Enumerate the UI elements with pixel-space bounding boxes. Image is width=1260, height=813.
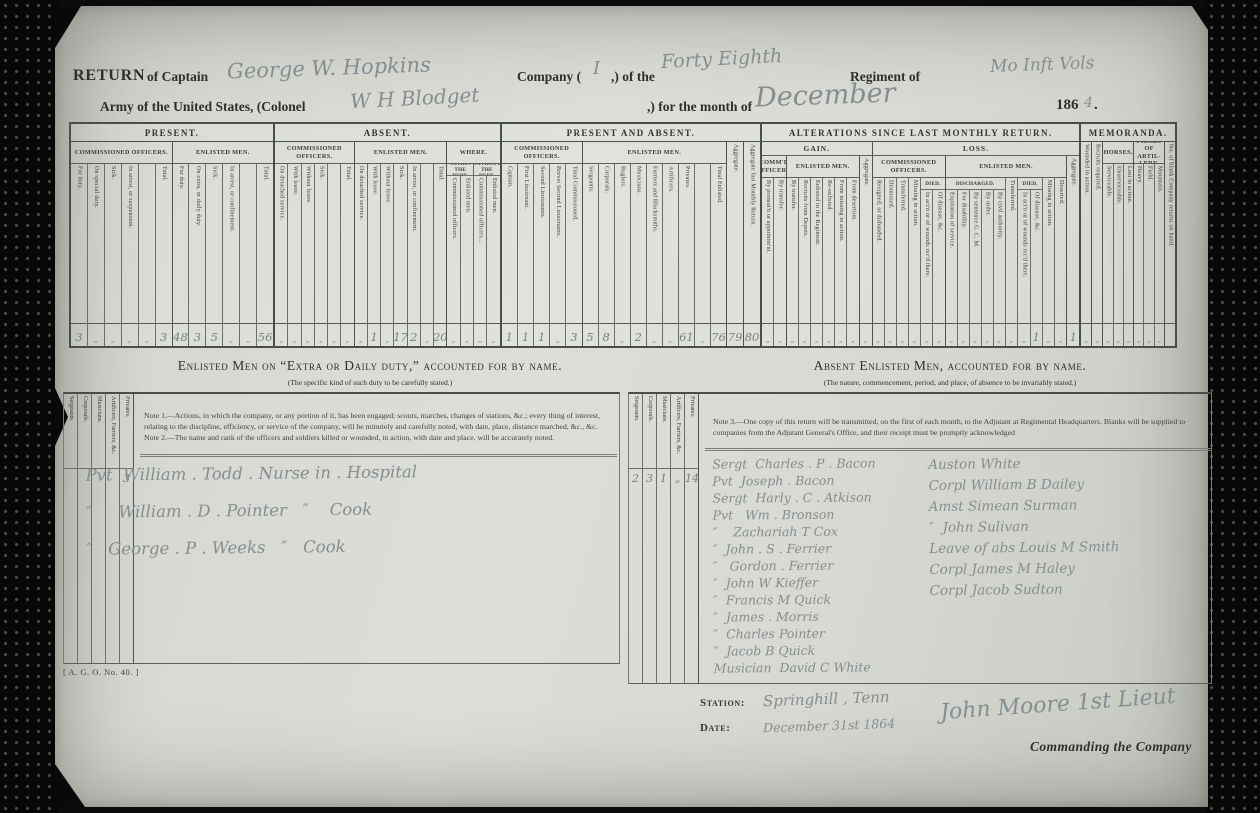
duty-section-title: Enlisted Men on “Extra or Daily duty,” a…	[135, 358, 605, 374]
column-label: For disability.	[958, 190, 969, 323]
muster-roll-table: PRESENT.Commissioned Officers.For duty.3…	[69, 122, 1177, 348]
column-run: Transferred.„	[1005, 178, 1018, 346]
column-label: By transfer.	[774, 178, 785, 323]
table-column: First Lieutenant.1	[517, 164, 533, 346]
rank-column-label: Sergeants.	[629, 396, 642, 466]
table-column: By civil authority.„	[993, 190, 1005, 346]
column-label	[240, 164, 256, 323]
column-run: For duty.3On special duty.„Sick.„In arre…	[71, 164, 172, 346]
table-column: By order.„	[981, 190, 993, 346]
table-column: Of disease, &c.„	[932, 190, 944, 346]
colonel-name-handwritten: W H Blodget	[349, 83, 479, 114]
column-band-title: Died.	[1018, 178, 1042, 190]
table-column: Second Lieutenants.1	[533, 164, 549, 346]
columns: Missing in action.„Deserted.„	[1043, 178, 1067, 346]
rank-column-label: Musicians.	[657, 396, 670, 466]
column-value: 5	[206, 323, 222, 346]
absent-name: ″ Jacob B Quick	[714, 642, 877, 660]
rank-column-value: 1	[657, 472, 670, 485]
column-value: „	[1155, 323, 1164, 346]
column-label: Heavy.	[1134, 164, 1143, 323]
column-value: 48	[173, 323, 189, 346]
column-value: „	[328, 323, 340, 346]
column-group: Enlisted men.By transfer.„Recruits from …	[786, 156, 859, 346]
column-label: On special duty.	[88, 164, 104, 323]
column-label: Missing in action.	[909, 178, 920, 323]
columns: Transferred.„	[1006, 178, 1018, 346]
absent-name: Leave of abs Louis M Smith	[929, 539, 1119, 562]
columns: In act'n or of wounds rec'd there.„Of di…	[921, 190, 945, 346]
column-label: On extra, or daily duty.	[189, 164, 205, 323]
month-phrase-label: ,) for the month of	[647, 99, 752, 115]
column-runs: Sergeants.5Corporals.8Buglers.„Musicians…	[583, 164, 727, 346]
table-column: On extra, or daily duty.3	[188, 164, 205, 346]
column-run: Discharged.Expiration of service.„For di…	[946, 178, 1005, 346]
columns: In act'n or of wounds rec'd there.„Of di…	[1018, 190, 1042, 346]
table-column: With leave.1	[367, 164, 380, 346]
paper-tear	[55, 764, 85, 807]
column-group-title: Commissioned Officers.	[71, 142, 172, 164]
year-printed: 186	[1056, 97, 1079, 114]
table-column: Farriers and Blacksmiths.„	[646, 164, 662, 346]
column-group-title: Commissioned Officers.	[502, 142, 582, 164]
column-label: Serviceable.	[1103, 164, 1112, 323]
column-value: „	[647, 323, 662, 346]
column-value: „	[663, 323, 678, 346]
column-label: Captain.	[502, 164, 517, 323]
column-value: 3	[189, 323, 205, 346]
absent-section-header: Absent Enlisted Men, accounted for by na…	[715, 358, 1185, 387]
column-group: Commissioned Officers.For duty.3On speci…	[71, 142, 172, 346]
column-label: Re-enlisted.	[823, 178, 834, 323]
column-value: „	[1092, 323, 1102, 346]
table-column: Total.3	[155, 164, 172, 346]
duty-entry: Pvt William . Todd . Nurse in . Hospital	[85, 462, 417, 502]
column-group-title: Horses.	[1103, 142, 1133, 164]
column-run: Missing in action.„Deserted.„	[1042, 178, 1067, 346]
column-run: Captain.1First Lieutenant.1Second Lieute…	[502, 164, 582, 346]
year-digit-handwritten: 4	[1084, 95, 1093, 111]
column-label: Deserted.	[1055, 178, 1066, 323]
column-label: By promot'n or appointm'nt.	[762, 178, 773, 323]
column-value: „	[933, 323, 944, 346]
table-column: Serviceable.„	[1103, 164, 1112, 346]
column-runs: On detached service.„With leave.1Without…	[355, 164, 447, 346]
column-runs: On detached service.„With leave.„Without…	[275, 164, 354, 346]
column-band-title: Within the Dept.	[447, 164, 473, 176]
rank-column-value: 2	[629, 472, 642, 485]
column-label: Commissioned officers...	[474, 176, 486, 323]
paper-tear	[55, 6, 81, 48]
column-label: In act'n or of wounds rec'd there.	[1018, 190, 1029, 323]
column-group: Commissioned Officers.On detached servic…	[275, 142, 354, 346]
column-label: Buglers.	[615, 164, 630, 323]
table-section-title: ALTERATIONS SINCE LAST MONTHLY RETURN.	[762, 124, 1079, 142]
column-groups: Wounded in action.„Recruits required.„Ho…	[1081, 142, 1175, 346]
column-run: Sergeants.5Corporals.8Buglers.„Musicians…	[583, 164, 727, 346]
table-column: Aggregate.79	[727, 142, 743, 346]
absent-rank-columns: Sergeants.2Corporals.3Musicians.1Artific…	[629, 394, 699, 683]
rank-column-label: Corporals.	[643, 396, 656, 466]
table-section: ALTERATIONS SINCE LAST MONTHLY RETURN.GA…	[760, 124, 1079, 346]
table-column: Recruits from Depots.„	[798, 178, 810, 346]
absent-names-right: Auston WhiteCorpl William B DaileyAmst S…	[928, 455, 1120, 604]
commanding-label: Commanding the Company	[1030, 739, 1192, 755]
scan-backing-left	[0, 0, 58, 813]
column-group-title: Pieces of Artil-lery.	[1134, 142, 1164, 164]
table-column: Unserviceable.„	[1113, 164, 1123, 346]
column-value: „	[695, 323, 710, 346]
column-band-title: Without the Dept.	[474, 164, 500, 176]
column-runs: By promot'n or appointm'nt.„By transfer.…	[762, 178, 786, 346]
column-runs: No. of blank Company returns on hand.	[1165, 142, 1175, 346]
columns: On detached service.„With leave.1Without…	[355, 164, 447, 346]
column-run: Recruits required.„	[1092, 142, 1102, 346]
regiment-name-handwritten: Mo Inft Vols	[990, 53, 1095, 77]
column-runs: For duty.3On special duty.„Sick.„In arre…	[71, 164, 172, 346]
column-run: Aggregate.„	[860, 156, 872, 346]
army-label: Army of the United States, (Colonel	[100, 99, 305, 115]
column-value: „	[946, 323, 957, 346]
column-value: „	[1018, 323, 1029, 346]
absent-name: ″ John W Kieffer	[713, 574, 876, 592]
columns: Expiration of service.„For disability.„B…	[946, 190, 1005, 346]
column-run: By transfer.„Recruits from Depots.„Enlis…	[787, 178, 859, 346]
column-label: Farriers and Blacksmiths.	[647, 164, 662, 323]
column-label: Aggregate.	[860, 156, 872, 323]
table-column: Lost in action.„	[1123, 164, 1133, 346]
column-group-title: Enlisted Men.	[173, 142, 274, 164]
table-column: In act'n or of wounds rec'd there.„	[921, 190, 932, 346]
column-run: Died.In act'n or of wounds rec'd there.„…	[920, 178, 945, 346]
column-value: 3	[566, 323, 581, 346]
column-value: „	[105, 323, 121, 346]
table-column: Brevet Second Lieutenants.„	[549, 164, 565, 346]
absent-section-subtitle: (The nature, commencement, period, and p…	[715, 378, 1185, 387]
table-column: „	[694, 164, 710, 346]
columns: Aggregate.„	[860, 156, 872, 346]
column-value: 3	[71, 323, 87, 346]
column-group: Commissioned Officers.Captain.1First Lie…	[502, 142, 582, 346]
column-label: No. of blank Company returns on hand.	[1165, 142, 1175, 323]
column-runs: Captain.1First Lieutenant.1Second Lieute…	[502, 164, 582, 346]
columns: By transfer.„Recruits from Depots.„Enlis…	[787, 178, 859, 346]
column-value: 17	[394, 323, 406, 346]
column-group: No. of blank Company returns on hand.	[1164, 142, 1175, 346]
column-group: Horses.Serviceable.„Unserviceable.„Lost …	[1102, 142, 1133, 346]
column-group-title: Commissioned officers.	[873, 156, 945, 178]
column-groups: Commissioned Officers.For duty.3On speci…	[71, 142, 273, 346]
table-column: Without leave.„	[380, 164, 393, 346]
column-label: Enlisted men.	[461, 176, 473, 323]
column-group: Enlisted Men.On detached service.„With l…	[354, 142, 447, 346]
column-value: 56	[257, 323, 273, 346]
rank-column-label: Artificers, Farriers, &c.	[106, 396, 119, 466]
column-label: Total.	[434, 164, 446, 323]
column-label: In arrest, or suspension.	[122, 164, 138, 323]
column-value: „	[909, 323, 920, 346]
columns: Captain.1First Lieutenant.1Second Lieute…	[502, 164, 582, 346]
column-run: Without the Dept.Commissioned officers..…	[473, 164, 500, 346]
column-label: Lost in action.	[1124, 164, 1133, 323]
rank-column-label: Privates.	[685, 396, 698, 466]
columns: Commissioned officers.„Enlisted men.„	[447, 176, 473, 346]
year-period: .	[1094, 97, 1098, 114]
table-column: Captain.1	[502, 164, 517, 346]
column-band-title: Died.	[921, 178, 945, 190]
columns: Sergeants.5Corporals.8Buglers.„Musicians…	[583, 164, 727, 346]
column-value: „	[787, 323, 798, 346]
rank-column-label: Sergeants.	[64, 396, 77, 466]
column-value: „	[474, 323, 486, 346]
column-run: Serviceable.„Unserviceable.„Lost in acti…	[1103, 164, 1133, 346]
column-label: Expiration of service.	[946, 190, 957, 323]
column-value: 1	[518, 323, 533, 346]
column-label: Total Enlisted.	[711, 164, 726, 323]
table-section-title: PRESENT.	[71, 124, 273, 142]
table-column: Commissioned officers...„	[474, 176, 486, 346]
table-subsection: Commissioned Officers.On detached servic…	[275, 142, 500, 346]
column-value: „	[447, 323, 459, 346]
company-label: Company (	[517, 69, 581, 85]
column-label: First Lieutenant.	[518, 164, 533, 323]
rule	[140, 454, 617, 457]
column-run: On detached service.„With leave.1Without…	[355, 164, 447, 346]
table-section-body: Wounded in action.„Recruits required.„Ho…	[1081, 142, 1175, 346]
table-column: Transferred.„	[896, 178, 908, 346]
column-label: Without leave.	[381, 164, 393, 323]
table-column: In act'n or of wounds rec'd there.„	[1018, 190, 1029, 346]
table-column: Commissioned officers.„	[447, 176, 459, 346]
table-column: Aggregate.„	[860, 156, 872, 346]
columns: Serviceable.„Unserviceable.„Lost in acti…	[1103, 164, 1133, 346]
column-runs: For duty.48On extra, or daily duty.3Sick…	[173, 164, 274, 346]
columns: For duty.3On special duty.„Sick.„In arre…	[71, 164, 172, 346]
column-label: Sergeants.	[583, 164, 598, 323]
column-value: „	[1103, 323, 1112, 346]
column-value	[1165, 323, 1175, 346]
table-section-body: Commissioned Officers.Captain.1First Lie…	[502, 142, 760, 346]
column-label: Total.	[156, 164, 172, 323]
note1-text: Note 1.—Actions, in which the company, o…	[144, 411, 600, 431]
column-label: Without leave.	[302, 164, 314, 323]
table-column: By promot'n or appointm'nt.„	[762, 178, 773, 346]
absent-names-left: Sergt Charles . P . BaconPvt Joseph . Ba…	[712, 455, 877, 677]
station-value-handwritten: Springhill , Tenn	[763, 688, 890, 710]
column-value: „	[381, 323, 393, 346]
column-value: „	[1043, 323, 1054, 346]
column-label: Resigned, or disbanded.	[873, 178, 884, 323]
note2-text: Note 2.—The name and rank of the officer…	[144, 433, 554, 442]
table-subsection: Commissioned Officers.Captain.1First Lie…	[502, 142, 760, 346]
absent-name: Pvt Wm . Bronson	[713, 506, 876, 524]
absent-name: ″ John Sulivan	[929, 518, 1119, 541]
column-label: Aggregate.	[1067, 156, 1079, 323]
column-value: „	[341, 323, 353, 346]
table-section-title: MEMORANDA.	[1081, 124, 1175, 142]
column-label: With leave.	[288, 164, 300, 323]
column-label: Of disease, &c.	[933, 190, 944, 323]
column-value: 1	[1031, 323, 1042, 346]
column-label: Total.	[341, 164, 353, 323]
table-column: Deserted.„	[1054, 178, 1066, 346]
table-column: Total Commissioned.3	[565, 164, 581, 346]
column-value: „	[355, 323, 367, 346]
duty-section-header: Enlisted Men on “Extra or Daily duty,” a…	[135, 358, 605, 387]
column-label: In arrest, or confinement.	[408, 164, 420, 323]
column-runs: Aggregate.„	[860, 156, 872, 346]
regiment-number-handwritten: Forty Eighth	[661, 45, 783, 73]
columns: Recruits required.„	[1092, 142, 1102, 346]
column-value: 5	[583, 323, 598, 346]
rank-column-value: 3	[643, 472, 656, 485]
table-subsection: GAIN.Comm'd officers.By promot'n or appo…	[762, 142, 872, 346]
table-subsection: Commissioned Officers.For duty.3On speci…	[71, 142, 273, 346]
table-section-title: ABSENT.	[275, 124, 500, 142]
columns: No. of blank Company returns on hand.	[1165, 142, 1175, 346]
column-label: Privates.	[679, 164, 694, 323]
paper-tear	[1192, 6, 1208, 30]
form-paper: RETURN of Captain George W. Hopkins Comp…	[55, 6, 1208, 807]
table-column: Resigned, or disbanded.„	[873, 178, 884, 346]
date-label: Date:	[700, 722, 730, 734]
table-column: Aggregate last Monthly Return.80	[744, 142, 760, 346]
table-column: „	[327, 164, 340, 346]
column-group: Where.Within the Dept.Commissioned offic…	[446, 142, 499, 346]
column-label: Field.	[1144, 164, 1153, 323]
table-column: Transferred.„	[1006, 178, 1018, 346]
table-column: Total Enlisted.76	[710, 164, 726, 346]
column-group: Aggregate.1	[1066, 156, 1079, 346]
column-value: 79	[727, 323, 743, 346]
column-label: On detached service.	[275, 164, 287, 323]
column-runs: Recruits required.„	[1092, 142, 1102, 346]
table-column: Aggregate.1	[1067, 156, 1079, 346]
table-column: On detached service.„	[355, 164, 367, 346]
column-value: „	[240, 323, 256, 346]
date-value-handwritten: December 31st 1864	[763, 716, 896, 736]
table-column: In arrest, or suspension.„	[121, 164, 138, 346]
column-value: 1	[1067, 323, 1079, 346]
rank-column-label: Privates.	[120, 396, 133, 466]
note-3: Note 3.—One copy of this return will be …	[713, 416, 1201, 438]
columns: By promot'n or appointm'nt.„By transfer.…	[762, 178, 786, 346]
rule	[705, 448, 1211, 451]
column-value: 1	[502, 323, 517, 346]
absent-name: ″ Charles Pointer	[713, 625, 876, 643]
column-group: Comm'd officers.By promot'n or appointm'…	[762, 156, 786, 346]
absent-name: Corpl Jacob Sudton	[930, 581, 1120, 604]
table-subsection: Wounded in action.„Recruits required.„Ho…	[1081, 142, 1175, 346]
table-column: Re-enlisted.„	[822, 178, 834, 346]
column-label: Aggregate.	[727, 142, 743, 323]
column-run: Within the Dept.Commissioned officers.„E…	[447, 164, 473, 346]
rank-column: Artificers, Farriers, &c.„	[670, 394, 684, 683]
rank-column-label: Artificers, Farriers, &c.	[671, 396, 684, 466]
table-column: Sick.5	[205, 164, 222, 346]
column-runs: Serviceable.„Unserviceable.„Lost in acti…	[1103, 164, 1133, 346]
table-column: Sick.„	[104, 164, 121, 346]
column-value: „	[860, 323, 872, 346]
table-column: By transfer.„	[773, 178, 785, 346]
column-group: Wounded in action.„	[1081, 142, 1091, 346]
column-label: Dismissed.	[885, 178, 896, 323]
column-value: 2	[408, 323, 420, 346]
column-label: Of disease, &c.	[1031, 190, 1042, 323]
table-column: Privates.61	[678, 164, 694, 346]
column-value: 20	[434, 323, 446, 346]
columns: Aggregate last Monthly Return.80	[744, 142, 760, 346]
table-column: Musicians.2	[630, 164, 646, 346]
column-group-title: Comm'd officers.	[762, 156, 786, 178]
duty-box: Sergeants.Corporals.Musicians.Artificers…	[63, 392, 620, 664]
column-value: „	[88, 323, 104, 346]
duty-section-subtitle: (The specific kind of such duty to be ca…	[135, 378, 605, 387]
column-run: Aggregate last Monthly Return.80	[744, 142, 760, 346]
column-value: „	[302, 323, 314, 346]
table-column: Total.„	[340, 164, 353, 346]
table-column: Corporals.8	[598, 164, 614, 346]
column-label: On detached service.	[355, 164, 367, 323]
absent-name: Pvt Joseph . Bacon	[712, 472, 875, 490]
column-label: Aggregate last Monthly Return.	[744, 142, 760, 323]
column-label: Enlisted men.	[487, 176, 499, 323]
column-label: Artificers.	[663, 164, 678, 323]
column-value: „	[461, 323, 473, 346]
column-value: „	[1134, 323, 1143, 346]
rank-column: Privates.14	[684, 394, 698, 683]
absent-name: Musician David C White	[714, 659, 877, 677]
column-group-title: Enlisted Men.	[583, 142, 727, 164]
table-column: By transfer.„	[787, 178, 798, 346]
rank-column: Sergeants.2	[629, 394, 642, 683]
absent-name: ″ Francis M Quick	[713, 591, 876, 609]
column-value: „	[1144, 323, 1153, 346]
column-run: By promot'n or appointm'nt.„By transfer.…	[762, 178, 786, 346]
captain-name-handwritten: George W. Hopkins	[227, 52, 432, 83]
absent-box: Sergeants.2Corporals.3Musicians.1Artific…	[628, 392, 1212, 684]
table-column: Missing in action.„	[1043, 178, 1054, 346]
column-value: „	[1081, 323, 1091, 346]
table-column: On detached service.„	[275, 164, 287, 346]
column-label	[139, 164, 155, 323]
column-groups: Commissioned officers.Resigned, or disba…	[873, 156, 1080, 346]
column-group: Enlisted Men.Sergeants.5Corporals.8Bugle…	[582, 142, 727, 346]
absent-name: ″ Zachariah T Cox	[713, 523, 876, 541]
column-value: 1	[368, 323, 380, 346]
column-run: Died.In act'n or of wounds rec'd there.„…	[1017, 178, 1042, 346]
duty-entry: ″ William . D . Pointer ″ Cook	[86, 499, 418, 539]
column-group: Aggregate.„	[859, 156, 872, 346]
station-label: Station:	[700, 697, 745, 709]
rank-column-value: 14	[685, 472, 698, 485]
table-section: MEMORANDA.Wounded in action.„Recruits re…	[1079, 124, 1175, 346]
column-run: Aggregate.1	[1067, 156, 1079, 346]
absent-name: Auston White	[928, 455, 1118, 478]
column-value: „	[897, 323, 908, 346]
notes-1-2: Note 1.—Actions, in which the company, o…	[144, 410, 612, 443]
absent-name: ″ Gordon . Ferrier	[713, 557, 876, 575]
column-value: 8	[599, 323, 614, 346]
column-runs: Heavy.„Field.„Mountain.„	[1134, 164, 1164, 346]
column-value: „	[1124, 323, 1133, 346]
columns: Resigned, or disbanded.„Dismissed.„Trans…	[873, 178, 921, 346]
column-label: Musicians.	[631, 164, 646, 323]
table-column: Sick.„	[314, 164, 327, 346]
column-label: Second Lieutenants.	[534, 164, 549, 323]
table-column: Missing in action.„	[908, 178, 920, 346]
absent-name: Sergt Charles . P . Bacon	[712, 455, 875, 473]
